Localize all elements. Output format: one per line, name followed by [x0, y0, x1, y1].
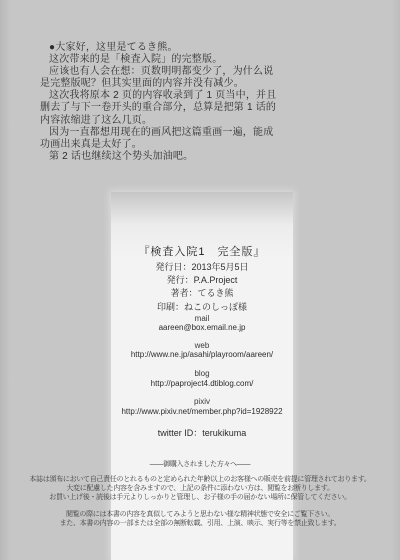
- pixiv-label: pixiv: [94, 397, 310, 406]
- blog-url: http://paproject4.dtiblog.com/: [94, 379, 310, 388]
- book-title: 『検査入院1 完全版』: [94, 243, 310, 259]
- intro-line: 这次带来的是「検査入院」的完整版。: [40, 54, 340, 66]
- web-url: http://www.ne.jp/asahi/playroom/aareen/: [94, 350, 310, 359]
- pixiv-url: http://www.pixiv.net/member.php?id=19289…: [94, 407, 310, 416]
- issue-date: 発行日：2013年5月5日: [94, 260, 310, 273]
- intro-line: 这次我将原本 2 页的内容收录到了 1 页当中，并且: [40, 90, 340, 102]
- intro-line: 第 2 话也继续这个势头加油吧。: [40, 151, 340, 163]
- author: 著者：てるき熊: [94, 286, 310, 299]
- intro-line: 删去了与下一卷开头的重合部分，总算是把第 1 话的: [40, 102, 340, 114]
- web-label: web: [94, 341, 310, 350]
- translator-note: ●大家好，这里是てるき熊。 这次带来的是「検査入院」的完整版。 应该也有人会在想…: [40, 42, 340, 163]
- intro-line: 因为一直都想用现在的画风把这篇重画一遍，能成: [40, 127, 340, 139]
- notice-line: お買い上げ後・読後は手元よりしっかりと管理し、お子様の手の届かない場所に保管して…: [0, 492, 400, 502]
- notice-line: また、本書の内容の一部または全部の無断転載、引用、上演、映示、実行等を禁止致しま…: [0, 518, 400, 528]
- mail-address: aareen@box.email.ne.jp: [94, 323, 310, 332]
- blog-label: blog: [94, 369, 310, 378]
- intro-line: 是完整版呢？但其实里面的内容并没有减少。: [40, 78, 340, 90]
- twitter-id: twitter ID：terukikuma: [94, 426, 310, 439]
- intro-line: 内容浓缩进了这么几页。: [40, 115, 340, 127]
- intro-line: 应该也有人会在想：页数明明都变少了，为什么说: [40, 66, 340, 78]
- intro-line: 功画出来真是太好了。: [40, 139, 340, 151]
- notice-heading: ――御購入されました方々へ――: [0, 459, 400, 469]
- mail-label: mail: [94, 314, 310, 323]
- publisher: 発行：P.A.Project: [94, 273, 310, 286]
- printer: 印刷：ねこのしっぽ様: [94, 300, 310, 313]
- intro-line: ●大家好，这里是てるき熊。: [40, 42, 340, 54]
